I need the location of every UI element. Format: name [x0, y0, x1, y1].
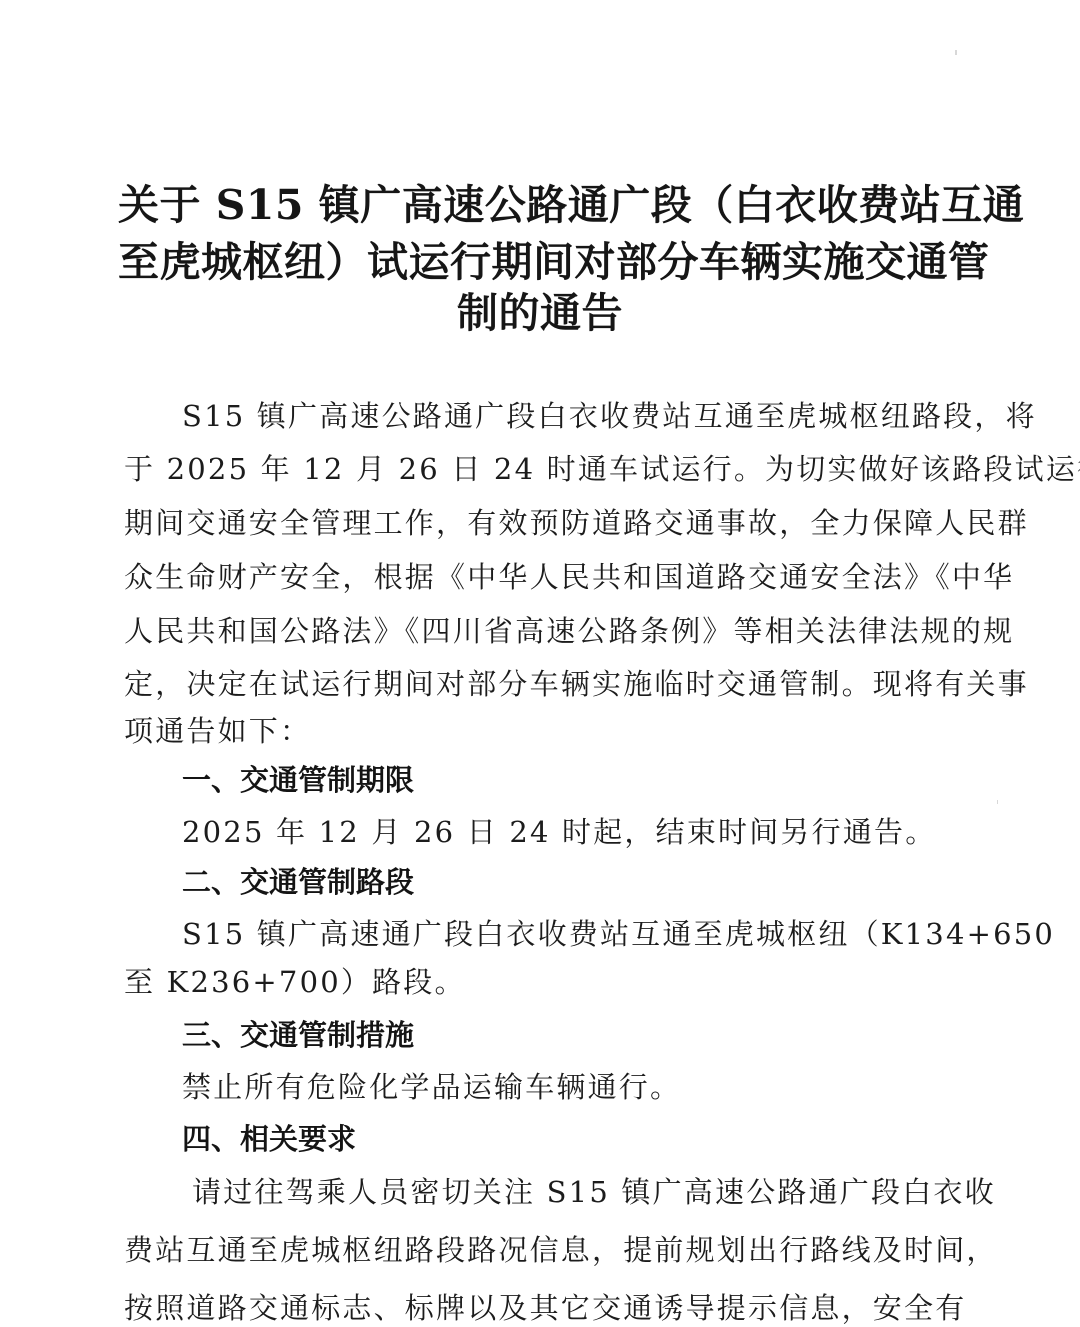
section-text-measures: 禁止所有危险化学品运输车辆通行。	[182, 1067, 681, 1107]
intro-paragraph-line: 人民共和国公路法》《四川省高速公路条例》等相关法律法规的规	[124, 611, 966, 651]
section-text-requirements: 请过往驾乘人员密切关注 S15 镇广高速公路通广段白衣收	[192, 1172, 948, 1212]
section-text-requirements: 按照道路交通标志、标牌以及其它交通诱导提示信息，安全有	[124, 1288, 944, 1327]
section-text-road: S15 镇广高速通广段白衣收费站互通至虎城枢纽（K134+650	[182, 914, 966, 954]
section-heading-period: 一、交通管制期限	[182, 760, 414, 800]
document-title-line-3: 制的通告	[0, 283, 1080, 343]
scan-speck	[997, 800, 998, 804]
intro-paragraph-line: 期间交通安全管理工作，有效预防道路交通事故，全力保障人民群	[124, 503, 966, 543]
section-text-period: 2025 年 12 月 26 日 24 时起，结束时间另行通告。	[182, 812, 936, 852]
intro-paragraph-line: 众生命财产安全，根据《中华人民共和国道路交通安全法》《中华	[124, 557, 966, 597]
section-text-road: 至 K236+700）路段。	[124, 962, 466, 1002]
intro-paragraph-line: 于 2025 年 12 月 26 日 24 时通车试运行。为切实做好该路段试运行	[124, 449, 966, 489]
intro-paragraph-line: S15 镇广高速公路通广段白衣收费站互通至虎城枢纽路段，将	[182, 396, 966, 436]
document-title-line-1: 关于 S15 镇广高速公路通广段（白衣收费站互通	[118, 175, 968, 235]
document-page: 关于 S15 镇广高速公路通广段（白衣收费站互通 至虎城枢纽）试运行期间对部分车…	[0, 0, 1080, 1327]
section-heading-measures: 三、交通管制措施	[182, 1015, 414, 1055]
intro-paragraph-line: 项通告如下：	[124, 711, 311, 751]
section-text-requirements: 费站互通至虎城枢纽路段路况信息，提前规划出行路线及时间，	[124, 1230, 954, 1270]
intro-paragraph-line: 定，决定在试运行期间对部分车辆实施临时交通管制。现将有关事	[124, 664, 966, 704]
section-heading-road: 二、交通管制路段	[182, 862, 414, 902]
section-heading-requirements: 四、相关要求	[182, 1119, 356, 1159]
scan-speck	[955, 50, 957, 55]
